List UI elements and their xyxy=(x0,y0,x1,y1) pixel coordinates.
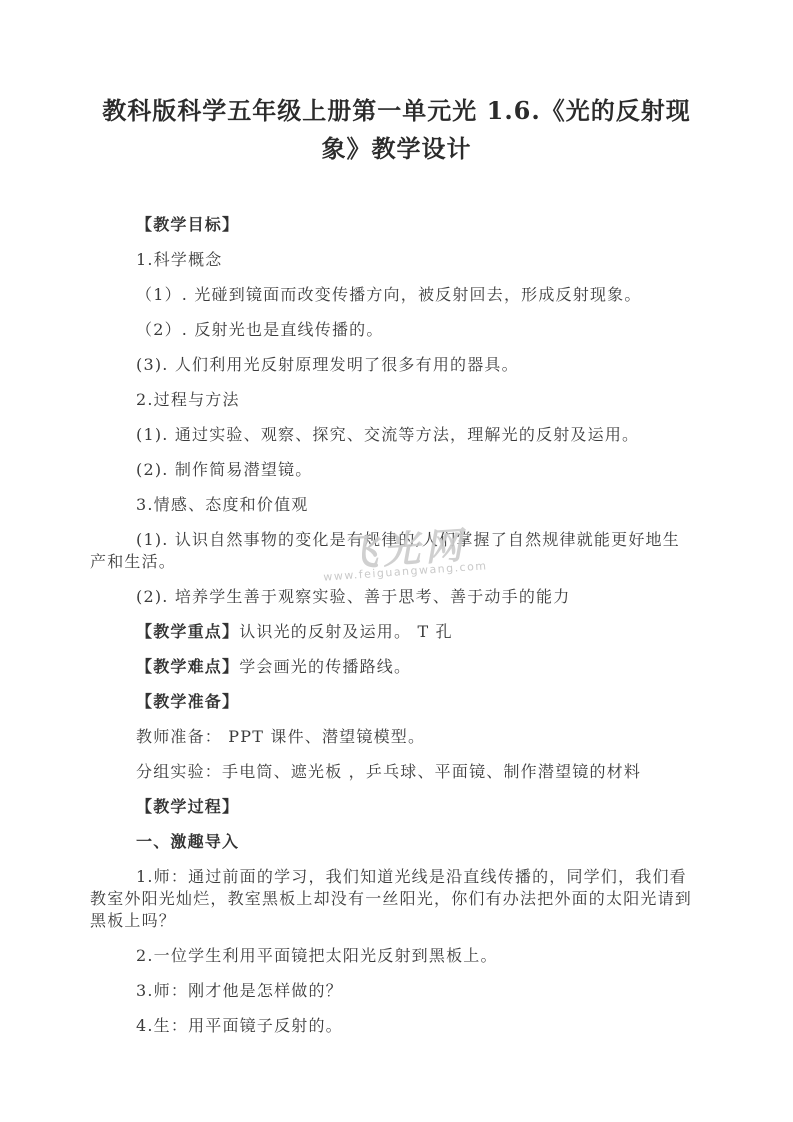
doc-paragraph: 2.过程与方法 xyxy=(90,389,692,411)
doc-paragraph: 3.师：刚才他是怎样做的？ xyxy=(90,980,692,1002)
paragraph-text: 学会画光的传播路线。 xyxy=(239,657,411,676)
doc-paragraph: 4.生：用平面镜子反射的。 xyxy=(90,1015,692,1037)
doc-paragraph: 教师准备： PPT 课件、潜望镜模型。 xyxy=(90,726,692,748)
paragraph-text: (1). 认识自然事物的变化是有规律的,人们掌握了自然规律就能更好地生产和生活。 xyxy=(90,530,680,571)
section-heading: 【教学准备】 xyxy=(90,691,692,713)
paragraph-text: 4.生：用平面镜子反射的。 xyxy=(136,1016,343,1035)
paragraph-text: (2). 制作简易潜望镜。 xyxy=(136,460,312,479)
section-heading: 一、激趣导入 xyxy=(90,831,692,853)
section-heading: 【教学目标】 xyxy=(90,214,692,236)
document-page: 教科版科学五年级上册第一单元光 1.6.《光的反射现 象》教学设计 【教学目标】… xyxy=(0,0,793,1122)
paragraph-label: 【教学重点】 xyxy=(136,622,239,641)
paragraph-text: 2.过程与方法 xyxy=(136,390,240,409)
document-title-line-1: 教科版科学五年级上册第一单元光 1.6.《光的反射现 xyxy=(0,92,793,130)
paragraph-text: 3.师：刚才他是怎样做的？ xyxy=(136,981,343,1000)
doc-paragraph: (1). 认识自然事物的变化是有规律的,人们掌握了自然规律就能更好地生产和生活。 xyxy=(90,529,692,573)
labeled-paragraph: 【教学重点】认识光的反射及运用。 T 孔 xyxy=(90,621,692,643)
document-title-line-2: 象》教学设计 xyxy=(0,130,793,168)
paragraph-text: (1). 通过实验、观察、探究、交流等方法，理解光的反射及运用。 xyxy=(136,425,639,444)
document-body: 【教学目标】1.科学概念（1）. 光碰到镜面而改变传播方向，被反射回去，形成反射… xyxy=(0,214,793,1037)
doc-paragraph: （1）. 光碰到镜面而改变传播方向，被反射回去，形成反射现象。 xyxy=(90,284,692,306)
paragraph-text: (2). 培养学生善于观察实验、善于思考、善于动手的能力 xyxy=(136,587,570,606)
paragraph-text: (3). 人们利用光反射原理发明了很多有用的器具。 xyxy=(136,355,519,374)
labeled-paragraph: 【教学难点】学会画光的传播路线。 xyxy=(90,656,692,678)
paragraph-text: 【教学准备】 xyxy=(136,692,239,711)
paragraph-text: 3.情感、态度和价值观 xyxy=(136,495,308,514)
section-heading: 【教学过程】 xyxy=(90,796,692,818)
doc-paragraph: (2). 制作简易潜望镜。 xyxy=(90,459,692,481)
document-title: 教科版科学五年级上册第一单元光 1.6.《光的反射现 象》教学设计 xyxy=(0,0,793,168)
paragraph-text: （2）. 反射光也是直线传播的。 xyxy=(136,320,384,339)
doc-paragraph: 2.一位学生利用平面镜把太阳光反射到黑板上。 xyxy=(90,945,692,967)
doc-paragraph: (1). 通过实验、观察、探究、交流等方法，理解光的反射及运用。 xyxy=(90,424,692,446)
paragraph-text: 【教学目标】 xyxy=(136,215,239,234)
paragraph-text: （1）. 光碰到镜面而改变传播方向，被反射回去，形成反射现象。 xyxy=(136,285,642,304)
paragraph-text: 1.科学概念 xyxy=(136,250,222,269)
paragraph-text: 1.师：通过前面的学习，我们知道光线是沿直线传播的，同学们，我们看教室外阳光灿烂… xyxy=(90,867,692,930)
doc-paragraph: (2). 培养学生善于观察实验、善于思考、善于动手的能力 xyxy=(90,586,692,608)
paragraph-text: 分组实验：手电筒、遮光板 ，乒乓球、平面镜、制作潜望镜的材料 xyxy=(136,762,641,781)
paragraph-text: 教师准备： PPT 课件、潜望镜模型。 xyxy=(136,727,425,746)
doc-paragraph: (3). 人们利用光反射原理发明了很多有用的器具。 xyxy=(90,354,692,376)
doc-paragraph: （2）. 反射光也是直线传播的。 xyxy=(90,319,692,341)
doc-paragraph: 1.师：通过前面的学习，我们知道光线是沿直线传播的，同学们，我们看教室外阳光灿烂… xyxy=(90,866,692,932)
doc-paragraph: 分组实验：手电筒、遮光板 ，乒乓球、平面镜、制作潜望镜的材料 xyxy=(90,761,692,783)
paragraph-text: 一、激趣导入 xyxy=(136,832,239,851)
paragraph-text: 认识光的反射及运用。 T 孔 xyxy=(239,622,453,641)
doc-paragraph: 3.情感、态度和价值观 xyxy=(90,494,692,516)
paragraph-text: 2.一位学生利用平面镜把太阳光反射到黑板上。 xyxy=(136,946,498,965)
paragraph-label: 【教学难点】 xyxy=(136,657,239,676)
paragraph-text: 【教学过程】 xyxy=(136,797,239,816)
doc-paragraph: 1.科学概念 xyxy=(90,249,692,271)
